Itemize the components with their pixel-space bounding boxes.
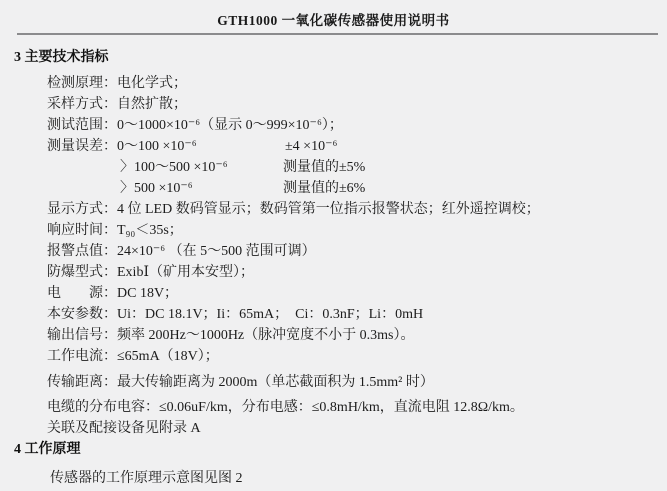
accuracy-indent [47, 178, 120, 199]
spec-accuracy-row-1: 测量误差： 0～100 ×10⁻⁶ ±4 ×10⁻⁶ [47, 136, 667, 157]
spec-cable-parameters: 电缆的分布电容：≤0.06uF/km，分布电感：≤0.8mH/km，直流电阻 1… [47, 397, 667, 418]
page-header: GTH1000 一氧化碳传感器使用说明书 [0, 0, 667, 35]
spec-explosion-proof: 防爆型式：ExibⅠ（矿用本安型）； [47, 262, 667, 283]
section-3-content: 检测原理：电化学式； 采样方式：自然扩散； 测试范围：0～1000×10⁻⁶（显… [0, 73, 667, 439]
section-3-heading: 3 主要技术指标 [14, 50, 667, 65]
spec-response-time: 响应时间：T₉₀＜35s； [47, 220, 667, 241]
spec-alarm-point: 报警点值：24×10⁻⁶ （在 5～500 范围可调） [47, 241, 667, 262]
accuracy-error: 测量值的±6% [283, 178, 365, 199]
header-divider [17, 33, 658, 35]
spec-appendix-note: 关联及配接设备见附录 A [47, 418, 667, 439]
spec-test-range: 测试范围：0～1000×10⁻⁶（显示 0～999×10⁻⁶）； [47, 115, 667, 136]
accuracy-label: 测量误差： [47, 136, 117, 157]
document-title: GTH1000 一氧化碳传感器使用说明书 [0, 13, 667, 28]
spec-accuracy-row-2: 〉100～500 ×10⁻⁶ 测量值的±5% [47, 157, 667, 178]
spec-intrinsic-safety: 本安参数：Ui：DC 18.1V；Ii：65mA； Ci：0.3nF；Li：0m… [47, 304, 667, 325]
spec-working-current: 工作电流：≤65mA（18V）； [47, 346, 667, 367]
spec-detection-principle: 检测原理：电化学式； [47, 73, 667, 94]
spec-transmission-distance: 传输距离：最大传输距离为 2000m（单芯截面积为 1.5mm² 时） [47, 372, 667, 393]
accuracy-range: 〉100～500 ×10⁻⁶ [120, 157, 283, 178]
accuracy-range: 0～100 ×10⁻⁶ [117, 136, 285, 157]
manual-page: GTH1000 一氧化碳传感器使用说明书 3 主要技术指标 检测原理：电化学式；… [0, 0, 667, 491]
accuracy-error: 测量值的±5% [283, 157, 365, 178]
section-4-heading: 4 工作原理 [14, 442, 667, 457]
spec-accuracy-row-3: 〉500 ×10⁻⁶ 测量值的±6% [47, 178, 667, 199]
accuracy-error: ±4 ×10⁻⁶ [285, 136, 337, 157]
section-4-body: 传感器的工作原理示意图见图 2 [50, 468, 667, 489]
spec-power-supply: 电 源：DC 18V； [47, 283, 667, 304]
accuracy-indent [47, 157, 120, 178]
spec-display-mode: 显示方式：4 位 LED 数码管显示；数码管第一位指示报警状态；红外遥控调校； [47, 199, 667, 220]
accuracy-range: 〉500 ×10⁻⁶ [120, 178, 283, 199]
spec-output-signal: 输出信号：频率 200Hz～1000Hz（脉冲宽度不小于 0.3ms）。 [47, 325, 667, 346]
spec-sampling-method: 采样方式：自然扩散； [47, 94, 667, 115]
